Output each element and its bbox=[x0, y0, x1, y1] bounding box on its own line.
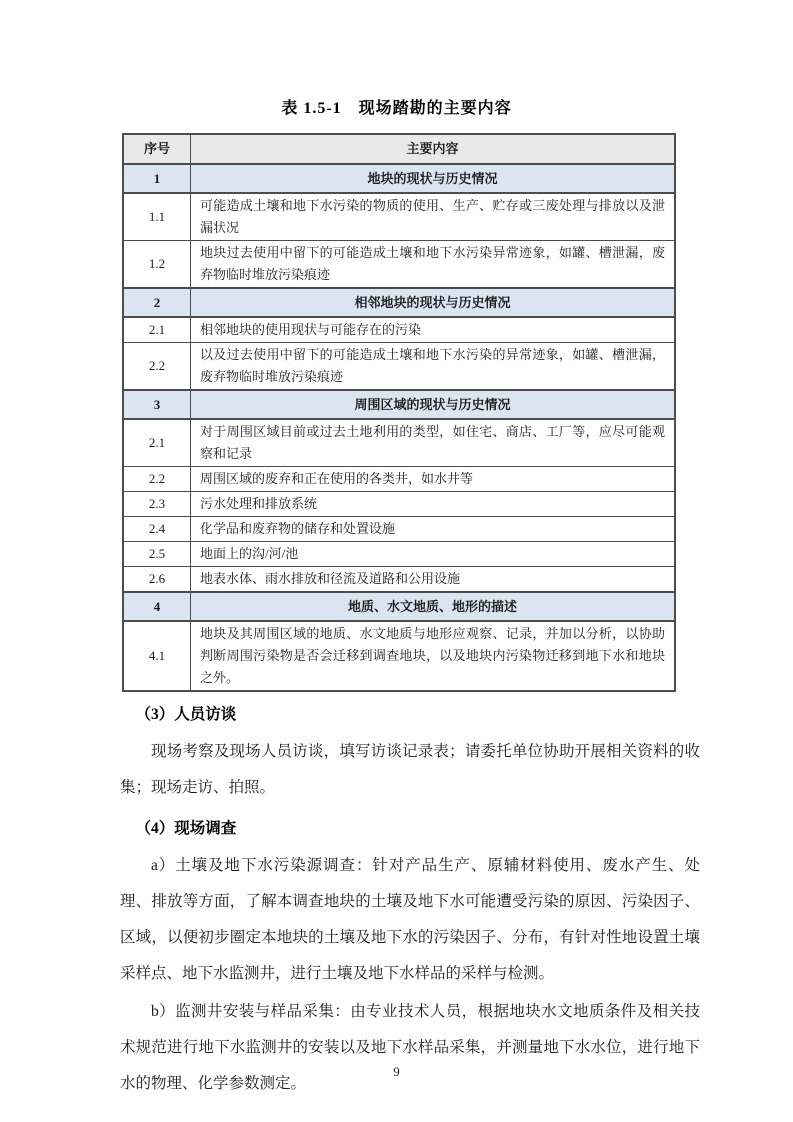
row-number: 1 bbox=[123, 164, 191, 193]
table-row: 2.6 地表水体、雨水排放和径流及道路和公用设施 bbox=[123, 567, 675, 593]
row-number: 4.1 bbox=[123, 621, 191, 691]
table-row: 2.4 化学品和废弃物的储存和处置设施 bbox=[123, 517, 675, 542]
row-number: 2.1 bbox=[123, 419, 191, 467]
row-number: 1.1 bbox=[123, 193, 191, 241]
page-number: 9 bbox=[0, 1064, 793, 1080]
table-row: 2.5 地面上的沟/河/池 bbox=[123, 542, 675, 567]
row-number: 2.3 bbox=[123, 492, 191, 517]
row-content: 周围区域的现状与历史情况 bbox=[191, 390, 676, 419]
row-content: 周围区域的废弃和正在使用的各类井，如水井等 bbox=[191, 467, 676, 492]
row-content: 以及过去使用中留下的可能造成土壤和地下水污染的异常迹象，如罐、槽泄漏，废弃物临时… bbox=[191, 343, 676, 391]
document-page: 表 1.5-1 现场踏勘的主要内容 序号 主要内容 1 地块的现状与历史情况 1… bbox=[0, 0, 793, 1122]
row-content: 地质、水文地质、地形的描述 bbox=[191, 592, 676, 621]
row-content: 可能造成土壤和地下水污染的物质的使用、生产、贮存或三废处理与排放以及泄漏状况 bbox=[191, 193, 676, 241]
row-content: 地块及其周围区域的地质、水文地质与地形应观察、记录，并加以分析，以协助判断周围污… bbox=[191, 621, 676, 691]
table-row: 2.2 周围区域的废弃和正在使用的各类井，如水井等 bbox=[123, 467, 675, 492]
row-number: 2.2 bbox=[123, 343, 191, 391]
row-number: 2.2 bbox=[123, 467, 191, 492]
table-row: 1.2 地块过去使用中留下的可能造成土壤和地下水污染异常迹象，如罐、槽泄漏，废弃… bbox=[123, 241, 675, 289]
row-number: 2.4 bbox=[123, 517, 191, 542]
table-row: 2 相邻地块的现状与历史情况 bbox=[123, 288, 675, 317]
row-content: 地面上的沟/河/池 bbox=[191, 542, 676, 567]
table-row: 3 周围区域的现状与历史情况 bbox=[123, 390, 675, 419]
row-content: 污水处理和排放系统 bbox=[191, 492, 676, 517]
row-content: 相邻地块的使用现状与可能存在的污染 bbox=[191, 317, 676, 343]
paragraph-personnel-interview: 现场考察及现场人员访谈，填写访谈记录表；请委托单位协助开展相关资料的收集；现场走… bbox=[120, 734, 700, 806]
heading-personnel-interview: （3）人员访谈 bbox=[120, 702, 700, 728]
row-number: 2 bbox=[123, 288, 191, 317]
row-number: 1.2 bbox=[123, 241, 191, 289]
row-content: 化学品和废弃物的储存和处置设施 bbox=[191, 517, 676, 542]
table-row: 1 地块的现状与历史情况 bbox=[123, 164, 675, 193]
row-number: 4 bbox=[123, 592, 191, 621]
table-row: 4 地质、水文地质、地形的描述 bbox=[123, 592, 675, 621]
table-row: 2.1 相邻地块的使用现状与可能存在的污染 bbox=[123, 317, 675, 343]
table-row: 2.1 对于周围区域目前或过去土地利用的类型，如住宅、商店、工厂等，应尽可能观察… bbox=[123, 419, 675, 467]
site-reconnaissance-table: 序号 主要内容 1 地块的现状与历史情况 1.1 可能造成土壤和地下水污染的物质… bbox=[122, 133, 676, 692]
table-row: 4.1 地块及其周围区域的地质、水文地质与地形应观察、记录，并加以分析，以协助判… bbox=[123, 621, 675, 691]
row-content: 对于周围区域目前或过去土地利用的类型，如住宅、商店、工厂等，应尽可能观察和记录 bbox=[191, 419, 676, 467]
paragraph-pollution-source-survey: a）土壤及地下水污染源调查：针对产品生产、原辅材料使用、废水产生、处理、排放等方… bbox=[120, 848, 700, 992]
row-content: 地表水体、雨水排放和径流及道路和公用设施 bbox=[191, 567, 676, 593]
table-row: 1.1 可能造成土壤和地下水污染的物质的使用、生产、贮存或三废处理与排放以及泄漏… bbox=[123, 193, 675, 241]
table-row: 2.2 以及过去使用中留下的可能造成土壤和地下水污染的异常迹象，如罐、槽泄漏，废… bbox=[123, 343, 675, 391]
header-cell-number: 序号 bbox=[123, 134, 191, 164]
table-row: 2.3 污水处理和排放系统 bbox=[123, 492, 675, 517]
row-number: 2.6 bbox=[123, 567, 191, 593]
heading-site-survey: （4）现场调查 bbox=[120, 816, 700, 842]
table-header-row: 序号 主要内容 bbox=[123, 134, 675, 164]
row-content: 地块的现状与历史情况 bbox=[191, 164, 676, 193]
header-cell-content: 主要内容 bbox=[191, 134, 676, 164]
row-number: 3 bbox=[123, 390, 191, 419]
paragraph-monitoring-well: b）监测井安装与样品采集：由专业技术人员，根据地块水文地质条件及相关技术规范进行… bbox=[120, 994, 700, 1102]
row-number: 2.5 bbox=[123, 542, 191, 567]
row-number: 2.1 bbox=[123, 317, 191, 343]
row-content: 地块过去使用中留下的可能造成土壤和地下水污染异常迹象，如罐、槽泄漏，废弃物临时堆… bbox=[191, 241, 676, 289]
body-text: （3）人员访谈 现场考察及现场人员访谈，填写访谈记录表；请委托单位协助开展相关资… bbox=[120, 702, 700, 1102]
table-caption: 表 1.5-1 现场踏勘的主要内容 bbox=[0, 0, 793, 118]
row-content: 相邻地块的现状与历史情况 bbox=[191, 288, 676, 317]
